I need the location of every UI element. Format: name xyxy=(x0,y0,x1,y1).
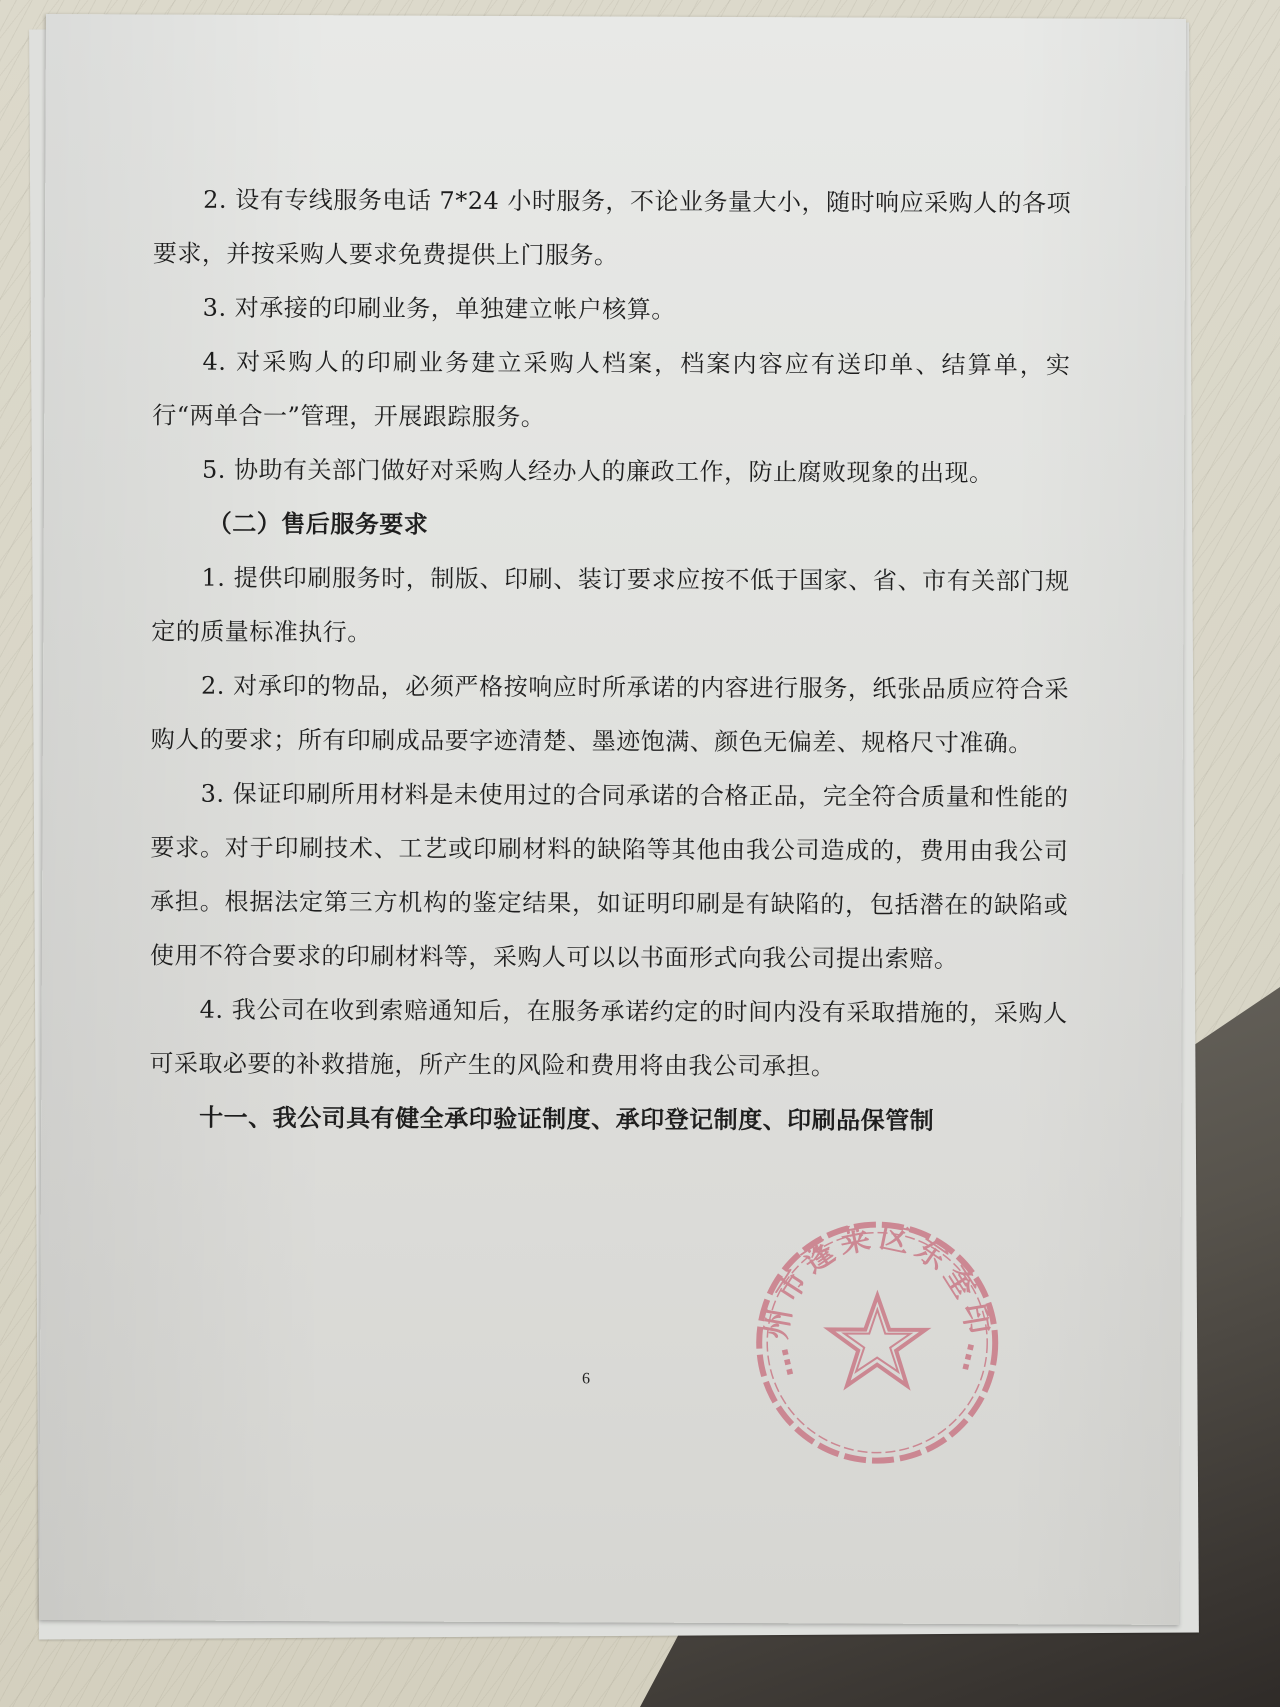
paragraph-item-5: 5. 协助有关部门做好对采购人经办人的廉政工作，防止腐败现象的出现。 xyxy=(152,442,1070,500)
svg-text:…州市蓬莱区东奎印…: …州市蓬莱区东奎印… xyxy=(759,1219,996,1383)
paragraph-after-sales-3: 3. 保证印刷所用材料是未使用过的合同承诺的合格正品，完全符合质量和性能的要求。… xyxy=(150,766,1069,986)
paragraph-item-2: 2. 设有专线服务电话 7*24 小时服务，不论业务量大小，随时响应采购人的各项… xyxy=(153,172,1071,284)
paragraph-after-sales-2: 2. 对承印的物品，必须严格按响应时所承诺的内容进行服务，纸张品质应符合采购人的… xyxy=(151,658,1069,770)
chapter-heading-eleven: 十一、我公司具有健全承印验证制度、承印登记制度、印刷品保管制 xyxy=(149,1090,1067,1148)
section-heading-after-sales: （二）售后服务要求 xyxy=(152,496,1070,554)
paragraph-after-sales-1: 1. 提供印刷服务时，制版、印刷、装订要求应按不低于国家、省、市有关部门规定的质… xyxy=(151,550,1069,662)
page-number: 6 xyxy=(582,1370,590,1388)
seal-text: …州市蓬莱区东奎印… xyxy=(759,1219,996,1383)
document-body: 2. 设有专线服务电话 7*24 小时服务，不论业务量大小，随时响应采购人的各项… xyxy=(149,172,1071,1148)
document-page: 2. 设有专线服务电话 7*24 小时服务，不论业务量大小，随时响应采购人的各项… xyxy=(39,14,1186,1625)
paragraph-item-3: 3. 对承接的印刷业务，单独建立帐户核算。 xyxy=(153,280,1071,338)
paragraph-after-sales-4: 4. 我公司在收到索赔通知后，在服务承诺约定的时间内没有采取措施的，采购人可采取… xyxy=(149,982,1067,1094)
company-seal-icon: …州市蓬莱区东奎印… xyxy=(752,1217,1003,1468)
paragraph-item-4: 4. 对采购人的印刷业务建立采购人档案，档案内容应有送印单、结算单，实行“两单合… xyxy=(152,334,1070,446)
